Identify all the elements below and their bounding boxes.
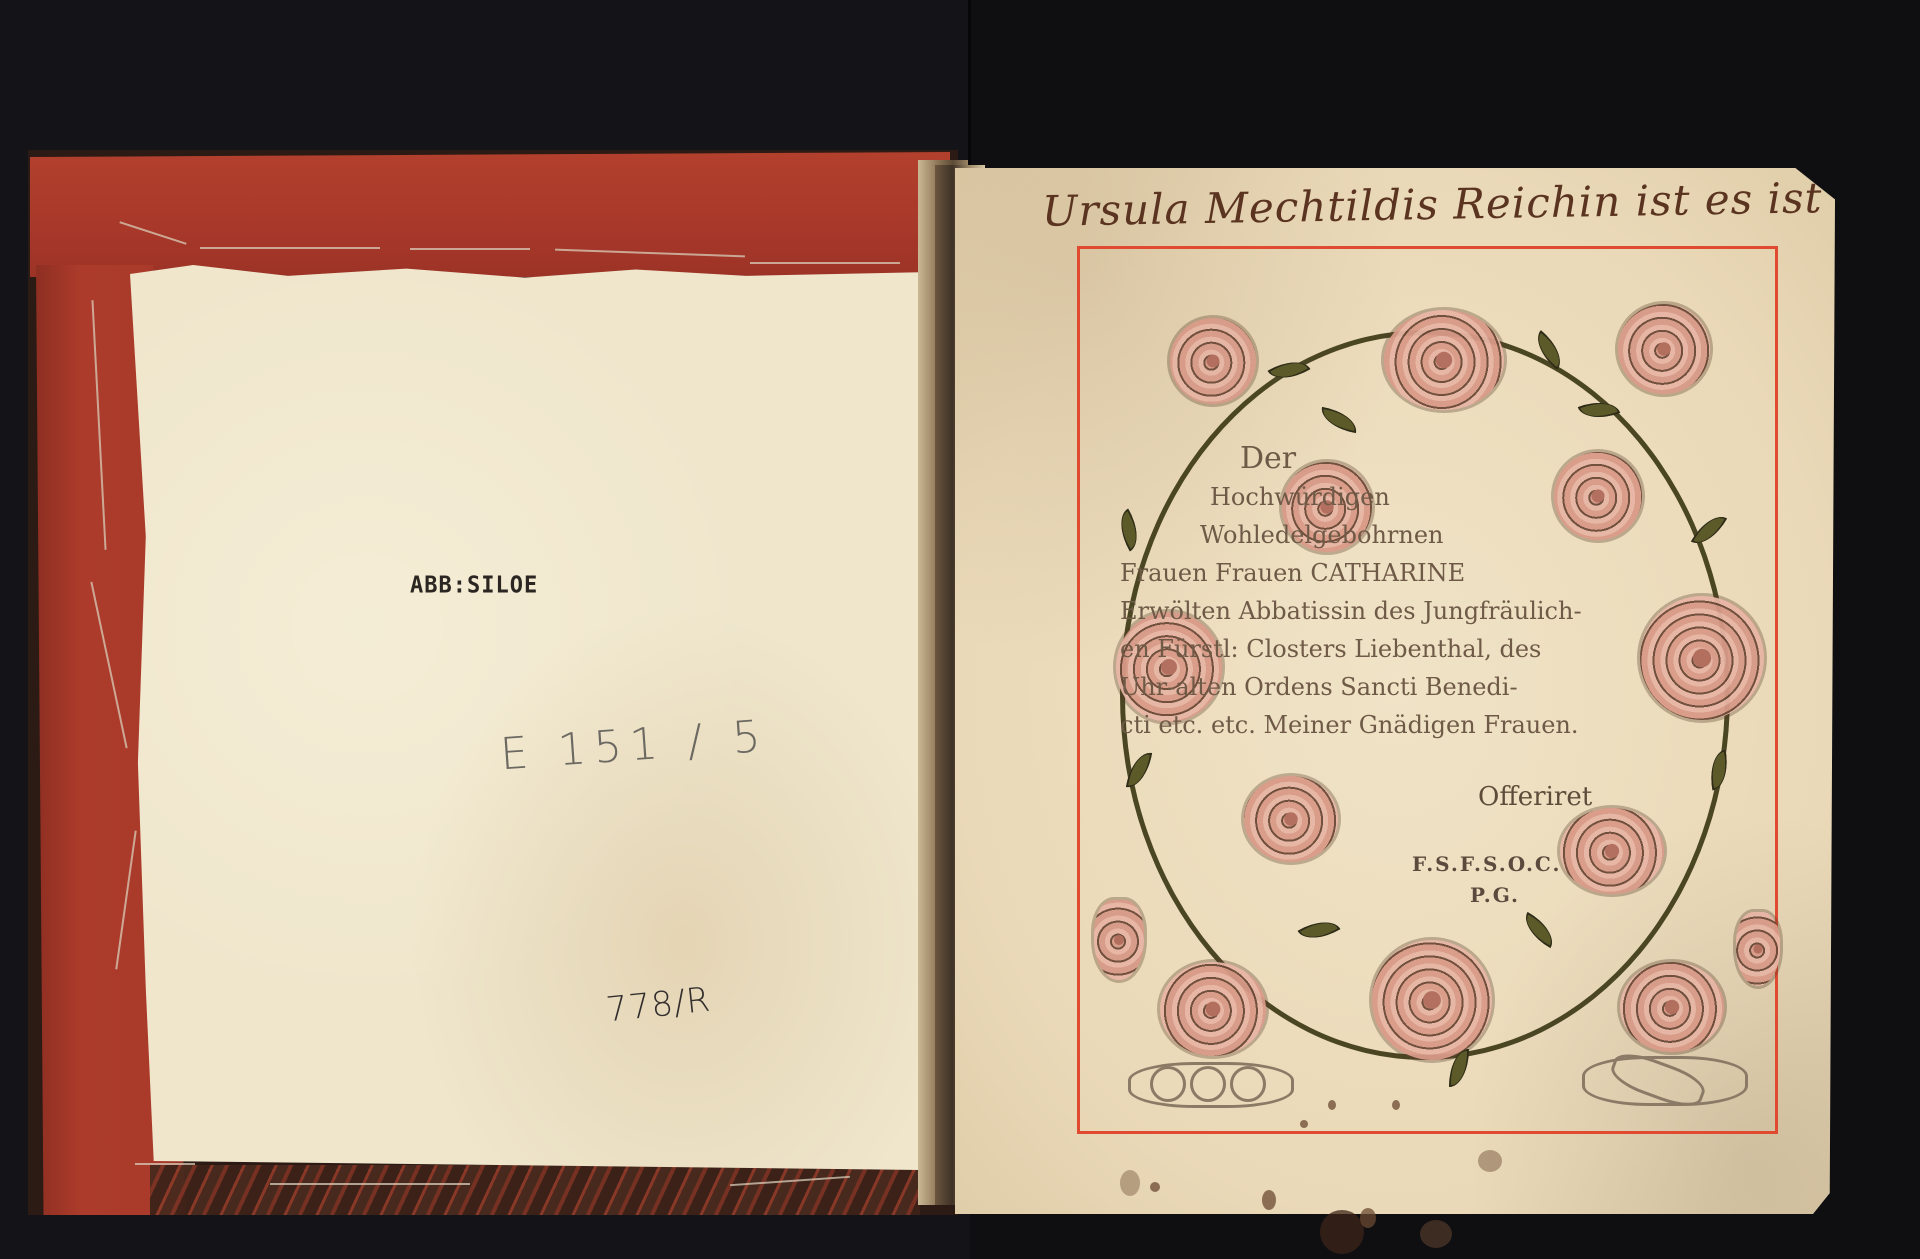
ink-stain [1320, 1210, 1364, 1254]
dedication-line: Uhr-alten Ordens Sancti Benedi- [1120, 668, 1640, 706]
calligraphic-flourish-icon [1190, 1066, 1226, 1102]
ink-stain [1120, 1170, 1140, 1196]
rose-bud-icon [1094, 900, 1144, 980]
ink-stain [1262, 1190, 1276, 1210]
binding-thread [135, 1163, 195, 1165]
calligraphic-flourish-icon [1150, 1066, 1186, 1102]
ink-stain [1328, 1100, 1336, 1110]
binding-thread [410, 248, 530, 250]
rose-flower-icon [1160, 962, 1266, 1056]
dedication-line: Wohledelgebohrnen [1120, 516, 1640, 554]
rose-flower-icon [1244, 776, 1338, 862]
rose-flower-icon [1620, 962, 1724, 1052]
library-stamp: ABB:SILOE [410, 572, 538, 598]
binding-thread [750, 262, 900, 264]
rose-flower-icon [1170, 318, 1256, 404]
dedication-line: en Fürstl: Closters Liebenthal, des [1120, 630, 1640, 668]
rose-flower-icon [1640, 596, 1764, 720]
ink-stain [1150, 1182, 1160, 1192]
dedication-line: Hochwürdigen [1120, 478, 1640, 516]
signature-initials-line-1: F.S.F.S.O.C. [1412, 852, 1561, 876]
rose-flower-icon [1372, 940, 1492, 1060]
backdrop-seam [968, 0, 971, 170]
red-cover-turn-in-top [30, 152, 950, 277]
rose-flower-icon [1384, 310, 1504, 410]
dedication-line: Frauen Frauen CATHARINE [1120, 554, 1640, 592]
dedication-line: cti etc. etc. Meiner Gnädigen Frauen. [1120, 706, 1640, 744]
ink-stain [1392, 1100, 1400, 1110]
ink-stain [1420, 1220, 1452, 1248]
ink-stain [1360, 1208, 1376, 1228]
rose-flower-icon [1560, 808, 1664, 894]
binding-thread [200, 247, 380, 249]
offered-label: Offeriret [1478, 782, 1592, 812]
rose-flower-icon [1618, 304, 1710, 394]
ink-stain [1300, 1120, 1308, 1128]
binding-thread [270, 1183, 470, 1185]
marbled-paper-strip [150, 1165, 920, 1215]
signature-initials-line-2: P.G. [1470, 883, 1520, 907]
pastedown-sheet [130, 265, 920, 1170]
dedication-line: Der [1120, 440, 1640, 478]
ink-stain [1478, 1150, 1502, 1172]
dedication-line: Erwölten Abbatissin des Jungfräulich- [1120, 592, 1640, 630]
dedication-text: Der Hochwürdigen Wohledelgebohrnen Fraue… [1120, 440, 1640, 744]
rose-bud-icon [1736, 912, 1780, 986]
calligraphic-flourish-icon [1230, 1066, 1266, 1102]
